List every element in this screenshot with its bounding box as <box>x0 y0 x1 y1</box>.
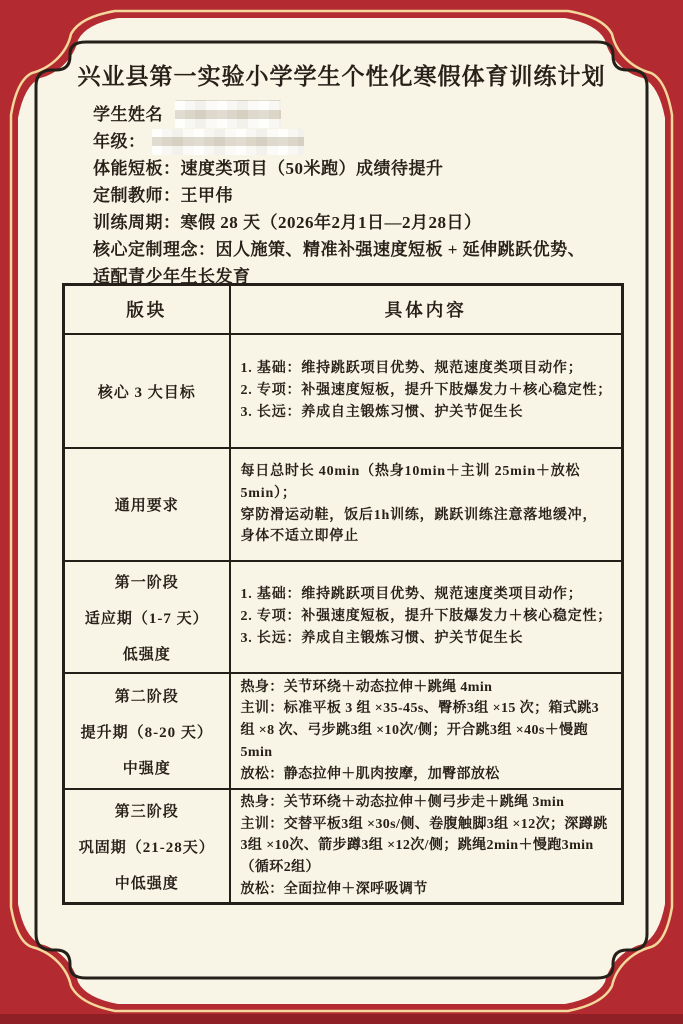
table-header-row: 版块 具体内容 <box>64 285 623 335</box>
content-cell: 1. 基础：维持跳跃项目优势、规范速度类项目动作； 2. 专项：补强速度短板，提… <box>230 561 623 673</box>
period-line: 训练周期：寒假 28 天（2026年2月1日—2月28日） <box>93 209 647 236</box>
content-area: 兴业县第一实验小学学生个性化寒假体育训练计划 学生姓名 年级： 体能短板：速度类… <box>36 42 647 978</box>
section-cell: 通用要求 <box>64 448 230 561</box>
grade-label: 年级： <box>93 128 146 155</box>
section-cell: 第三阶段 巩固期（21-28天） 中低强度 <box>64 789 230 904</box>
col-header-content: 具体内容 <box>230 285 623 335</box>
weakness-line: 体能短板：速度类项目（50米跑）成绩待提升 <box>93 155 647 182</box>
section-cell: 第二阶段 提升期（8-20 天） 中强度 <box>64 673 230 789</box>
content-line: 1. 基础：维持跳跃项目优势、规范速度类项目动作； <box>241 358 614 380</box>
grade-redaction <box>152 129 304 155</box>
content-line: 身体不适立即停止 <box>241 526 614 548</box>
content-line: 2. 专项：补强速度短板，提升下肢爆发力＋核心稳定性； <box>241 606 614 628</box>
info-block: 学生姓名 年级： 体能短板：速度类项目（50米跑）成绩待提升 定制教师：王甲伟 … <box>93 100 647 290</box>
content-cell: 热身：关节环绕＋动态拉伸＋侧弓步走＋跳绳 3min 主训：交替平板3组 ×30s… <box>230 789 623 904</box>
bottom-strip <box>0 1014 683 1024</box>
table-row-phase1: 第一阶段 适应期（1-7 天） 低强度 1. 基础：维持跳跃项目优势、规范速度类… <box>64 561 623 673</box>
content-line: 穿防滑运动鞋，饭后1h训练，跳跃训练注意落地缓冲， <box>241 505 614 527</box>
student-name-line: 学生姓名 <box>93 100 647 128</box>
student-name-redaction <box>175 100 281 128</box>
content-line: 热身：关节环绕＋动态拉伸＋侧弓步走＋跳绳 3min <box>241 792 614 814</box>
plan-table: 版块 具体内容 核心 3 大目标 1. 基础：维持跳跃项目优势、规范速度类项目动… <box>62 283 624 905</box>
content-line: 3. 长远：养成自主锻炼习惯、护关节促生长 <box>241 402 614 424</box>
table-row-goals: 核心 3 大目标 1. 基础：维持跳跃项目优势、规范速度类项目动作； 2. 专项… <box>64 334 623 448</box>
concept-line-1: 核心定制理念：因人施策、精准补强速度短板 + 延伸跳跃优势、 <box>93 236 647 263</box>
table-row-general: 通用要求 每日总时长 40min（热身10min＋主训 25min＋放松5min… <box>64 448 623 561</box>
content-line: 3. 长远：养成自主锻炼习惯、护关节促生长 <box>241 628 614 650</box>
content-line: 2. 专项：补强速度短板，提升下肢爆发力＋核心稳定性； <box>241 380 614 402</box>
student-name-label: 学生姓名 <box>93 101 163 128</box>
section-cell: 核心 3 大目标 <box>64 334 230 448</box>
page-title: 兴业县第一实验小学学生个性化寒假体育训练计划 <box>40 58 643 91</box>
content-line: 放松：全面拉伸＋深呼吸调节 <box>241 879 614 901</box>
content-line: 1. 基础：维持跳跃项目优势、规范速度类项目动作； <box>241 584 614 606</box>
content-cell: 1. 基础：维持跳跃项目优势、规范速度类项目动作； 2. 专项：补强速度短板，提… <box>230 334 623 448</box>
content-line: 主训：交替平板3组 ×30s/侧、卷腹触脚3组 ×12次；深蹲跳3组 ×10次、… <box>241 814 614 879</box>
content-line: 主训：标准平板 3 组 ×35-45s、臀桥3组 ×15 次；箱式跳3组 ×8 … <box>241 698 614 763</box>
col-header-section: 版块 <box>64 285 230 335</box>
content-cell: 每日总时长 40min（热身10min＋主训 25min＋放松5min）； 穿防… <box>230 448 623 561</box>
coach-line: 定制教师：王甲伟 <box>93 182 647 209</box>
content-line: 放松：静态拉伸＋肌肉按摩，加臀部放松 <box>241 764 614 786</box>
content-line: 每日总时长 40min（热身10min＋主训 25min＋放松5min）； <box>241 461 614 504</box>
grade-line: 年级： <box>93 128 647 155</box>
content-cell: 热身：关节环绕＋动态拉伸＋跳绳 4min 主训：标准平板 3 组 ×35-45s… <box>230 673 623 789</box>
table-row-phase2: 第二阶段 提升期（8-20 天） 中强度 热身：关节环绕＋动态拉伸＋跳绳 4mi… <box>64 673 623 789</box>
section-cell: 第一阶段 适应期（1-7 天） 低强度 <box>64 561 230 673</box>
plan-table-wrap: 版块 具体内容 核心 3 大目标 1. 基础：维持跳跃项目优势、规范速度类项目动… <box>62 283 624 905</box>
table-row-phase3: 第三阶段 巩固期（21-28天） 中低强度 热身：关节环绕＋动态拉伸＋侧弓步走＋… <box>64 789 623 904</box>
content-line: 热身：关节环绕＋动态拉伸＋跳绳 4min <box>241 677 614 699</box>
